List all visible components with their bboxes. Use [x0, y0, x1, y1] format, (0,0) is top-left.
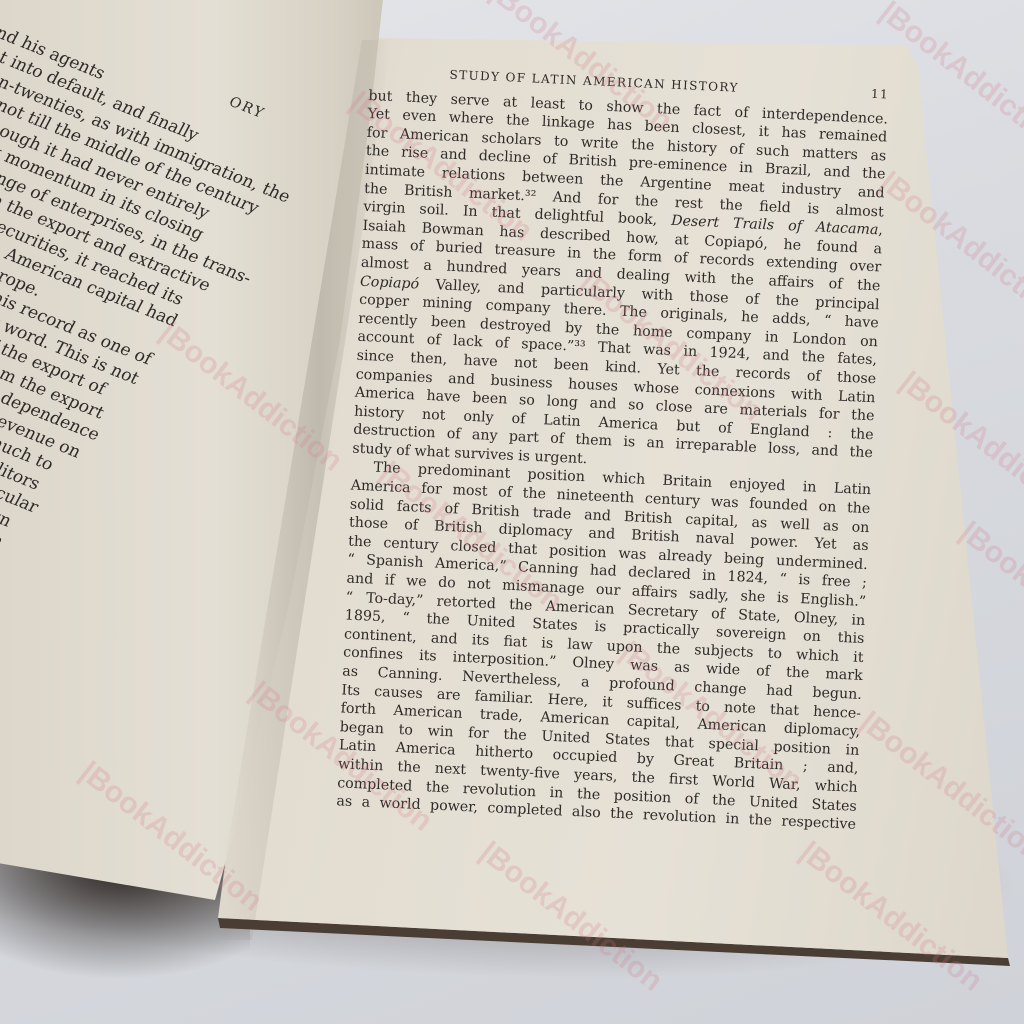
photo-scene: ORY ector and his agentsoans went into d…: [0, 0, 1024, 1024]
page-number: 11: [871, 85, 890, 104]
right-page-text: STUDY OF LATIN AMERICAN HISTORY 11 but t…: [336, 62, 889, 835]
